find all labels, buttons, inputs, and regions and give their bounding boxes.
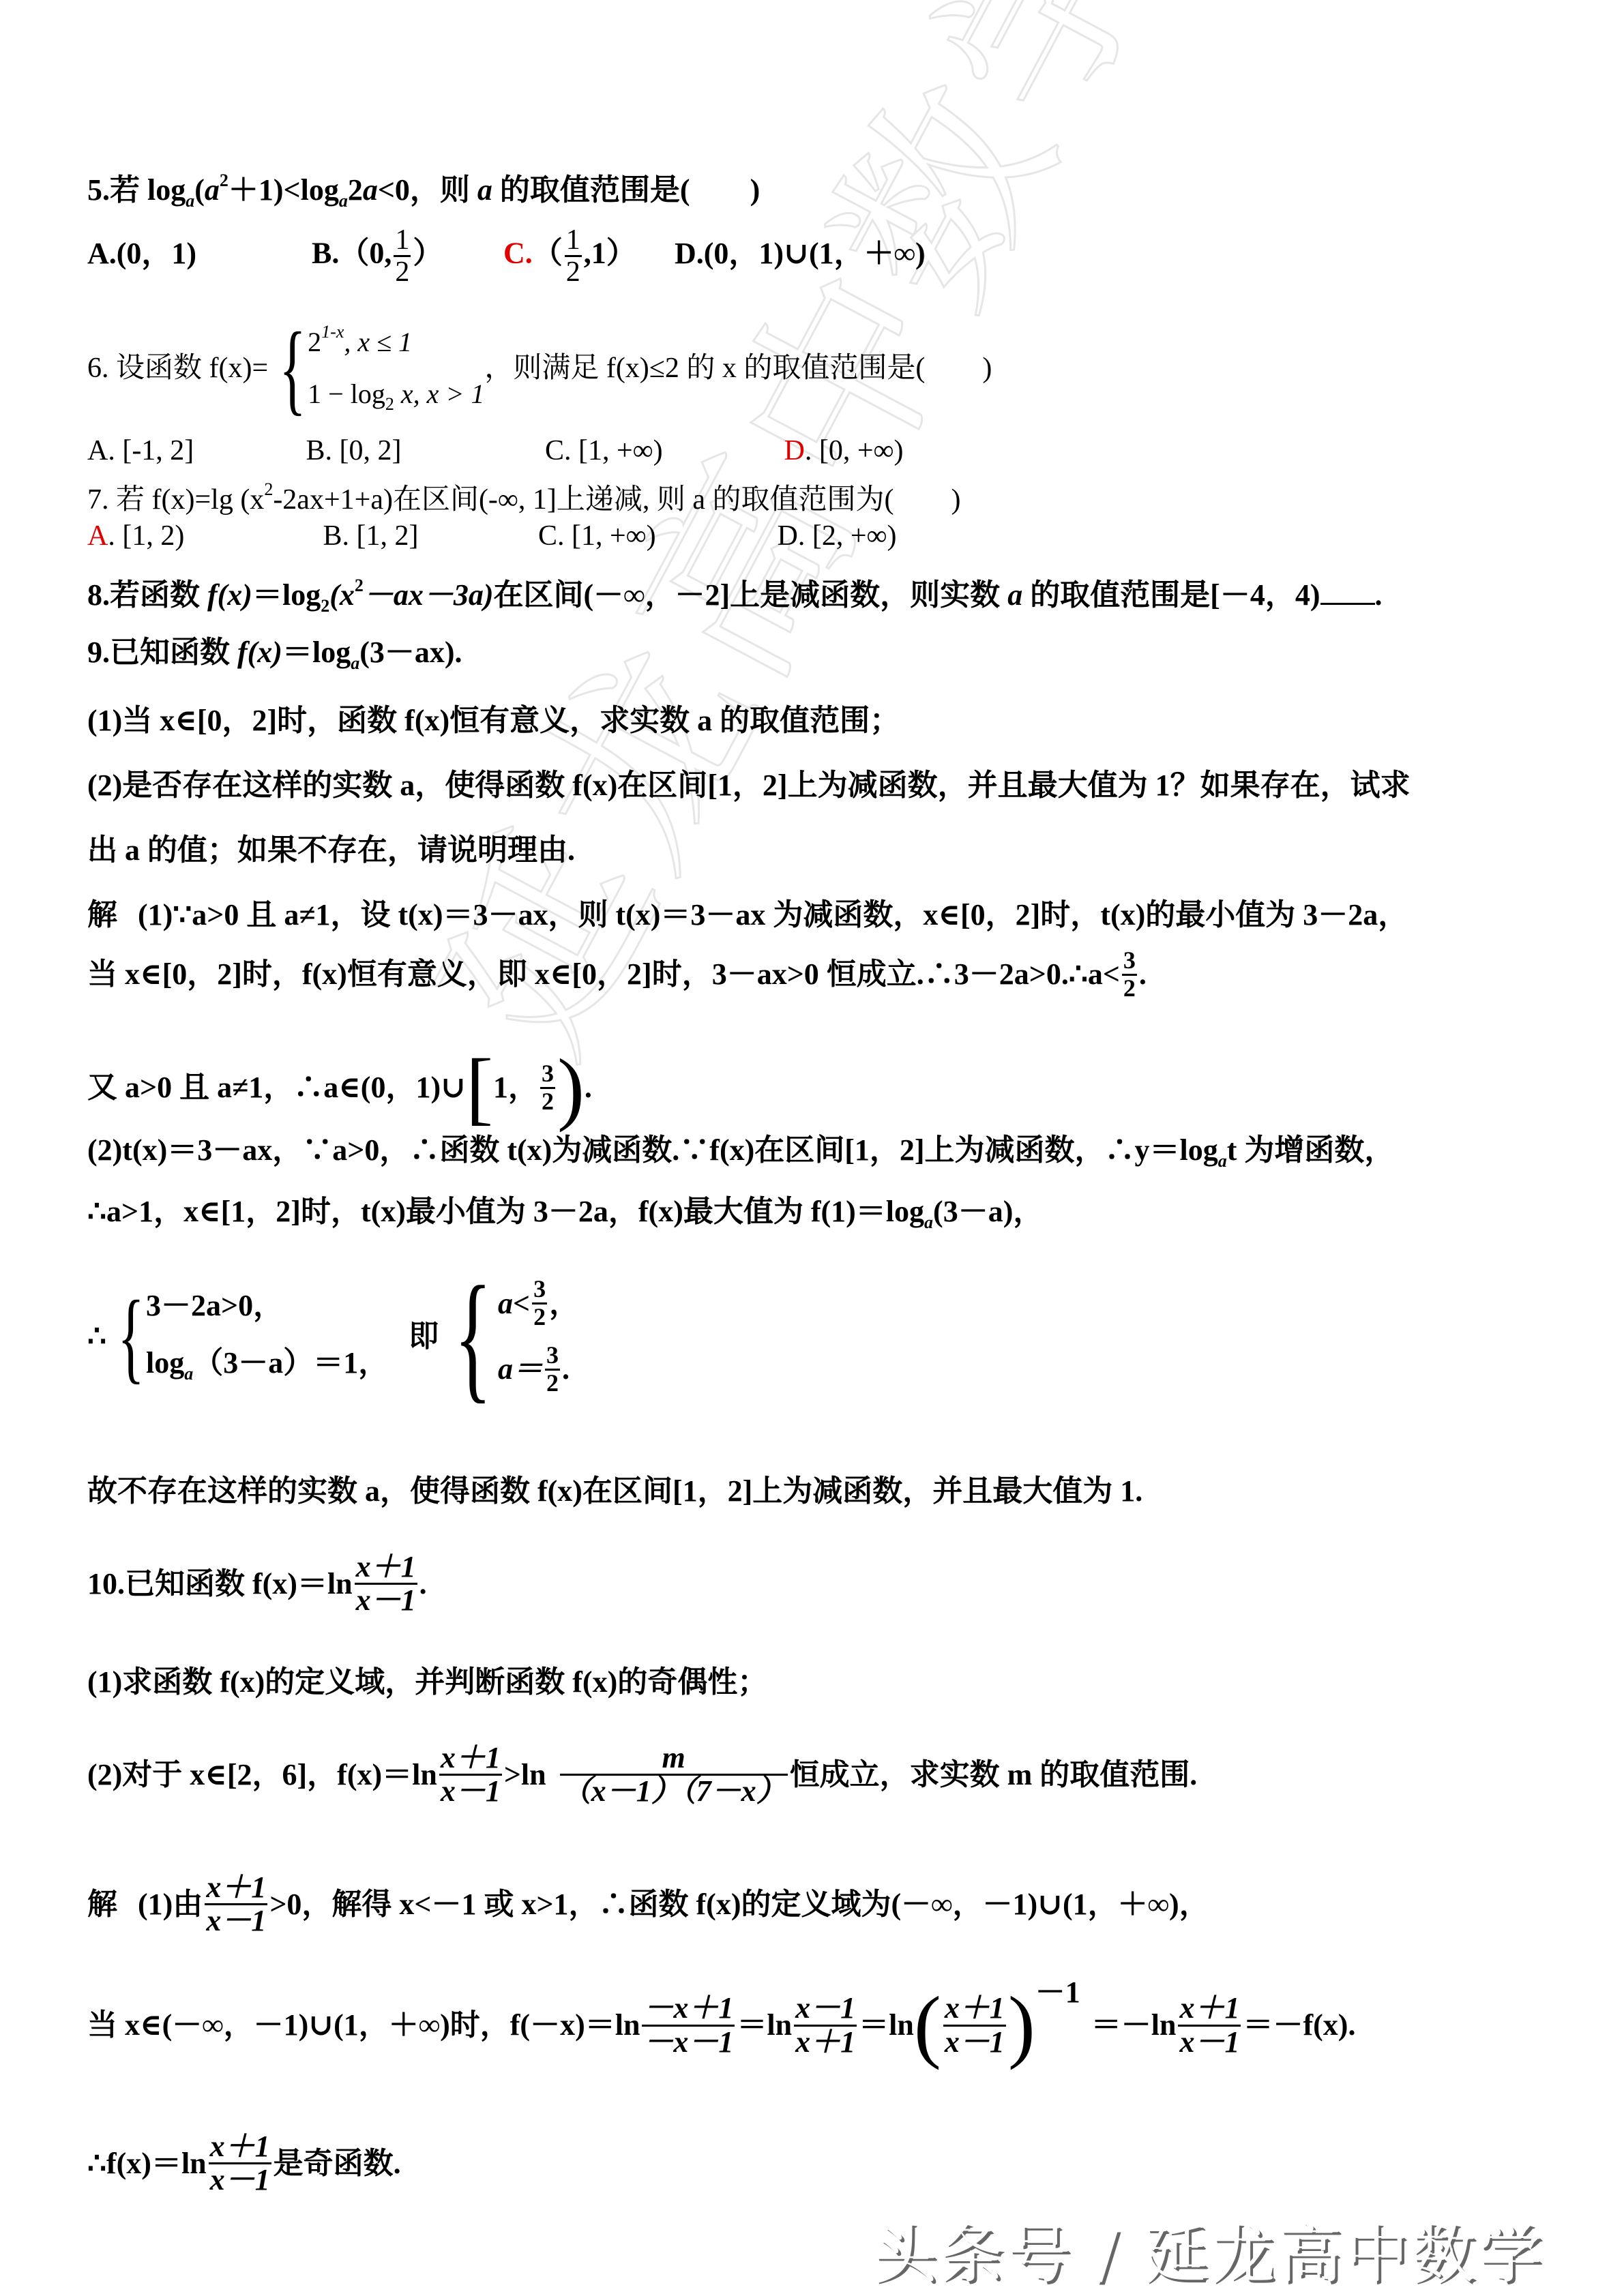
var: a bbox=[1007, 578, 1022, 612]
fx: f(x) bbox=[237, 636, 282, 669]
sup: 2 bbox=[355, 576, 364, 595]
q5-sub: a bbox=[186, 191, 194, 211]
den: x－1 bbox=[205, 1903, 267, 1937]
q6-stem: 6. 设函数 f(x)= { 21-x, x ≤ 1 1 − log2 x, x… bbox=[87, 317, 992, 419]
q6-text: 6. 设函数 f(x)= bbox=[87, 354, 268, 383]
bracket: ) bbox=[557, 1047, 585, 1129]
q8-stem: 8.若函数 f(x)＝log2(x2－ax－3a)在区间(－∞，－2]上是减函数… bbox=[87, 577, 1383, 615]
q5-c-answer-label: C. bbox=[503, 237, 533, 270]
fraction: x＋1x－1 bbox=[943, 1993, 1006, 2057]
t: 1， bbox=[493, 1073, 538, 1103]
q6-cases: 21-x, x ≤ 1 1 − log2 x, x > 1 bbox=[308, 323, 484, 413]
answer-blank bbox=[1320, 603, 1375, 605]
q9-solution-3: 又 a>0 且 a≠1，∴a∈(0，1)∪[1，32). bbox=[87, 1047, 592, 1129]
therefore-symbol: ∴ bbox=[87, 1322, 106, 1352]
q9-solution-2: 当 x∈[0，2]时，f(x)恒有意义，即 x∈[0，2]时，3－ax>0 恒成… bbox=[87, 948, 1147, 1002]
t: 是奇函数. bbox=[274, 2149, 401, 2179]
den: x－1 bbox=[1178, 2025, 1241, 2058]
q10-solution-2: 当 x∈(－∞，－1)∪(1，＋∞)时，f(－x)＝ln －x＋1－x－1 ＝l… bbox=[87, 1984, 1355, 2066]
q5-text: ( bbox=[194, 173, 205, 207]
q5-option-b: B.（0,12） bbox=[312, 225, 496, 287]
den: x＋1 bbox=[794, 2025, 857, 2058]
row: a＝32. bbox=[498, 1343, 579, 1397]
q7-stem: 7. 若 f(x)=lg (x2-2ax+1+a)在区间(-∞, 1]上递减, … bbox=[87, 481, 960, 514]
q5-stem: 5.若 loga(a2＋1)<loga2a<0，则 a 的取值范围是( ) bbox=[87, 172, 760, 210]
fraction: 32 bbox=[1122, 948, 1137, 1002]
sub: 2 bbox=[321, 596, 329, 616]
q9-conclusion: 故不存在这样的实数 a，使得函数 f(x)在区间[1，2]上为减函数，并且最大值… bbox=[87, 1476, 1142, 1506]
den: 2 bbox=[394, 255, 411, 287]
fraction: 32 bbox=[540, 1061, 555, 1115]
num: 1 bbox=[565, 225, 582, 255]
q6-case1: 21-x, x ≤ 1 bbox=[308, 323, 484, 356]
answer-text: 的取值范围是[－4，4) bbox=[1022, 578, 1320, 612]
sub: a bbox=[924, 1212, 933, 1232]
q10-title: 10.已知函数 f(x)＝lnx＋1x－1. bbox=[87, 1551, 427, 1616]
num: x＋1 bbox=[943, 1993, 1006, 2024]
solution-label: 解 bbox=[87, 1890, 117, 1920]
t: (1)由 bbox=[138, 1890, 203, 1920]
rows: 3－2a>0， loga（3－a）＝1， bbox=[146, 1291, 388, 1383]
rows: a<32， a＝32. bbox=[498, 1277, 579, 1396]
t: . bbox=[1375, 578, 1383, 612]
den: 2 bbox=[565, 255, 582, 287]
q5-options: A.(0，1) B.（0,12） C.（12,1） D.(0，1)∪(1，＋∞) bbox=[87, 225, 926, 287]
den: x－1 bbox=[439, 1774, 502, 1807]
t: (3－a)， bbox=[933, 1195, 1043, 1228]
q5-c-post: ,1） bbox=[584, 237, 636, 270]
q6-option-b: B. [0, 2] bbox=[306, 436, 538, 465]
t: a＝ bbox=[498, 1354, 543, 1384]
fraction: x＋1x－1 bbox=[205, 1872, 267, 1937]
den: x－1 bbox=[355, 1583, 417, 1616]
q9-part2b: 出 a 的值；如果不存在，请说明理由. bbox=[87, 835, 575, 865]
fraction: m（x－1）（7－x） bbox=[560, 1742, 788, 1807]
t: . bbox=[419, 1569, 427, 1599]
q5-b-fraction: 12 bbox=[394, 225, 411, 287]
exp: 1-x bbox=[321, 322, 344, 342]
num: m bbox=[661, 1742, 687, 1774]
q5-var: a bbox=[477, 173, 492, 207]
q6-text: ，则满足 f(x)≤2 的 x 的取值范围是( ) bbox=[484, 354, 992, 383]
t: ＝－ln bbox=[1091, 2010, 1177, 2040]
q10-solution-3: ∴f(x)＝ln x＋1x－1是奇函数. bbox=[87, 2131, 401, 2196]
t: 在区间(－∞，－2]上是减函数，则实数 bbox=[494, 578, 1008, 612]
sub: a bbox=[351, 653, 359, 673]
num: 3 bbox=[1122, 948, 1137, 974]
num: x＋1 bbox=[205, 1872, 267, 1903]
q9-part2a: (2)是否存在这样的实数 a，使得函数 f(x)在区间[1，2]上为减函数，并且… bbox=[87, 771, 1411, 801]
q10-solution-1: 解(1)由x＋1x－1>0，解得 x<－1 或 x>1，∴函数 f(x)的定义域… bbox=[87, 1872, 1209, 1937]
t: ＝ln bbox=[859, 2010, 914, 2040]
t: -2ax+1+a)在区间(-∞, 1]上递减, 则 a 的取值范围为( ) bbox=[273, 484, 960, 516]
fraction: 32 bbox=[545, 1343, 560, 1397]
t: ＝log bbox=[282, 636, 351, 669]
q5-sup: 2 bbox=[220, 170, 228, 190]
t: >ln bbox=[504, 1760, 546, 1790]
paren: ) bbox=[1008, 1984, 1035, 2066]
fraction: 32 bbox=[532, 1277, 547, 1330]
t: t 为增函数， bbox=[1227, 1133, 1395, 1167]
cond: , x ≤ 1 bbox=[344, 327, 412, 357]
num: x＋1 bbox=[1178, 1993, 1241, 2024]
q5-c-fraction: 12 bbox=[565, 225, 582, 287]
q5-text: ＋1)<log bbox=[228, 173, 339, 207]
brace-icon: { bbox=[454, 1265, 492, 1408]
brace-icon: { bbox=[279, 317, 306, 419]
t: 9.已知函数 bbox=[87, 636, 237, 669]
sup: 2 bbox=[264, 479, 273, 499]
q7-options: A. [1, 2) B. [1, 2] C. [1, +∞) D. [2, +∞… bbox=[87, 522, 896, 550]
system-2: { a<32， a＝32. bbox=[439, 1265, 579, 1408]
t: a< bbox=[498, 1289, 530, 1319]
den: 2 bbox=[532, 1302, 547, 1330]
q7-option-d: D. [2, +∞) bbox=[778, 522, 897, 550]
sub: a bbox=[1218, 1151, 1227, 1171]
t: 当 x∈[0，2]时，f(x)恒有意义，即 x∈[0，2]时，3－ax>0 恒成… bbox=[87, 959, 1120, 989]
fraction: x＋1x－1 bbox=[1178, 1993, 1241, 2057]
q5-sub: a bbox=[339, 191, 348, 211]
t: . bbox=[562, 1354, 570, 1384]
t: (2)对于 x∈[2，6]，f(x)＝ln bbox=[87, 1760, 437, 1790]
den: 2 bbox=[540, 1087, 555, 1115]
t: ∴a>1，x∈[1，2]时，t(x)最小值为 3－2a，f(x)最大值为 f(1… bbox=[87, 1195, 924, 1228]
t: . [0, +∞) bbox=[805, 435, 904, 466]
t: . [1, 2) bbox=[108, 520, 184, 552]
q7-option-b: B. [1, 2] bbox=[323, 522, 531, 550]
solution-label: 解 bbox=[87, 898, 117, 931]
num: 3 bbox=[545, 1343, 560, 1369]
q6-piecewise: { 21-x, x ≤ 1 1 − log2 x, x > 1 bbox=[268, 317, 484, 419]
fraction: x－1x＋1 bbox=[794, 1993, 857, 2057]
q5-var: a bbox=[363, 173, 378, 207]
num: x＋1 bbox=[209, 2131, 271, 2162]
t: ＝－f(x). bbox=[1243, 2010, 1355, 2040]
t: (3－ax). bbox=[359, 636, 462, 669]
q10-part1: (1)求函数 f(x)的定义域，并判断函数 f(x)的奇偶性； bbox=[87, 1667, 767, 1697]
t: (2)t(x)＝3－ax，∵a>0，∴函数 t(x)为减函数.∵f(x)在区间[… bbox=[87, 1133, 1218, 1167]
fx: f(x) bbox=[207, 578, 252, 612]
row: loga（3－a）＝1， bbox=[146, 1348, 388, 1383]
t: ＝log bbox=[252, 578, 321, 612]
bracket: [ bbox=[466, 1047, 493, 1129]
num: x＋1 bbox=[355, 1551, 417, 1583]
fraction: x＋1x－1 bbox=[439, 1742, 502, 1807]
row: a<32， bbox=[498, 1277, 579, 1330]
expr: －ax－3a) bbox=[364, 578, 494, 612]
q9-solution-5: ∴a>1，x∈[1，2]时，t(x)最小值为 3－2a，f(x)最大值为 f(1… bbox=[87, 1197, 1043, 1232]
num: x－1 bbox=[794, 1993, 857, 2024]
den: 2 bbox=[545, 1369, 560, 1397]
den: －x－1 bbox=[642, 2025, 735, 2058]
t: (1)∵a>0 且 a≠1，设 t(x)＝3－ax，则 t(x)＝3－ax 为减… bbox=[138, 898, 1408, 931]
q6-option-d: D. [0, +∞) bbox=[784, 436, 904, 465]
q5-text: 的取值范围是( ) bbox=[492, 173, 760, 207]
sub: a bbox=[184, 1364, 193, 1384]
base: 2 bbox=[308, 327, 321, 357]
t: ∴f(x)＝ln bbox=[87, 2149, 207, 2179]
q5-option-d: D.(0，1)∪(1，＋∞) bbox=[675, 239, 926, 269]
t: 7. 若 f(x)=lg (x bbox=[87, 484, 264, 516]
row: 3－2a>0， bbox=[146, 1291, 388, 1321]
q10-part2: (2)对于 x∈[2，6]，f(x)＝lnx＋1x－1>lnm（x－1）（7－x… bbox=[87, 1742, 1197, 1807]
t: 8.若函数 bbox=[87, 578, 207, 612]
q5-text: 5.若 log bbox=[87, 173, 186, 207]
sub: 2 bbox=[385, 394, 394, 414]
t: . bbox=[585, 1073, 592, 1103]
exponent: －1 bbox=[1035, 1978, 1080, 2008]
q5-option-c: C.（12,1） bbox=[503, 225, 667, 287]
footer-watermark: 头条号 / 延龙高中数学 bbox=[873, 2203, 1545, 2295]
q7-option-a: A. [1, 2) bbox=[87, 522, 316, 550]
q5-c-pre: （ bbox=[533, 237, 563, 270]
fraction: －x＋1－x－1 bbox=[642, 1993, 735, 2057]
t: 1 − log bbox=[308, 378, 385, 409]
t: 又 a>0 且 a≠1，∴a∈(0，1)∪ bbox=[87, 1073, 466, 1103]
q5-b-post: ） bbox=[413, 237, 443, 270]
num: 3 bbox=[540, 1061, 555, 1087]
t: 10.已知函数 f(x)＝ln bbox=[87, 1569, 353, 1599]
num: x＋1 bbox=[439, 1742, 502, 1774]
q9-part1: (1)当 x∈[0，2]时，函数 f(x)恒有意义，求实数 a 的取值范围； bbox=[87, 706, 900, 736]
q5-var: a bbox=[205, 173, 220, 207]
t: . bbox=[1139, 959, 1147, 989]
q9-solution-4: (2)t(x)＝3－ax，∵a>0，∴函数 t(x)为减函数.∵f(x)在区间[… bbox=[87, 1135, 1394, 1170]
t: log bbox=[146, 1346, 184, 1380]
expr: (x bbox=[329, 578, 355, 612]
t: 恒成立，求实数 m 的取值范围. bbox=[790, 1760, 1198, 1790]
t: >0，解得 x<－1 或 x>1，∴函数 f(x)的定义域为(－∞，－1)∪(1… bbox=[269, 1890, 1209, 1920]
fraction: x＋1x－1 bbox=[355, 1551, 417, 1616]
den: 2 bbox=[1122, 974, 1137, 1002]
t: ， bbox=[549, 1289, 579, 1319]
q7-option-c: C. [1, +∞) bbox=[538, 522, 770, 550]
q9-system: ∴ { 3－2a>0， loga（3－a）＝1， 即 { a<32， a＝32. bbox=[87, 1265, 579, 1408]
q6-answer-label: D bbox=[784, 435, 805, 466]
q9-solution-1: 解(1)∵a>0 且 a≠1，设 t(x)＝3－ax，则 t(x)＝3－ax 为… bbox=[87, 900, 1408, 930]
t: （3－a）＝1， bbox=[193, 1346, 388, 1380]
cond: x, x > 1 bbox=[394, 378, 485, 409]
q6-options: A. [-1, 2] B. [0, 2] C. [1, +∞) D. [0, +… bbox=[87, 436, 903, 465]
system-1: { 3－2a>0， loga（3－a）＝1， bbox=[106, 1285, 388, 1388]
fraction: x＋1x－1 bbox=[209, 2131, 271, 2196]
q9-title: 9.已知函数 f(x)＝loga(3－ax). bbox=[87, 638, 462, 672]
num: 1 bbox=[394, 225, 411, 255]
q5-option-a: A.(0，1) bbox=[87, 239, 304, 269]
den: （x－1）（7－x） bbox=[560, 1774, 788, 1807]
den: x－1 bbox=[209, 2162, 271, 2196]
q5-text: <0，则 bbox=[378, 173, 477, 207]
q7-answer-label: A bbox=[87, 520, 108, 552]
q6-option-c: C. [1, +∞) bbox=[545, 436, 777, 465]
q6-option-a: A. [-1, 2] bbox=[87, 436, 299, 465]
num: －x＋1 bbox=[642, 1993, 735, 2024]
num: 3 bbox=[532, 1277, 547, 1302]
q5-b-pre: B.（0, bbox=[312, 237, 392, 270]
ji-text: 即 bbox=[409, 1322, 439, 1352]
q5-text: 2 bbox=[348, 173, 363, 207]
q6-case2: 1 − log2 x, x > 1 bbox=[308, 381, 484, 413]
brace-icon: { bbox=[117, 1285, 145, 1388]
paren: ( bbox=[914, 1984, 941, 2066]
den: x－1 bbox=[943, 2025, 1006, 2058]
t: 当 x∈(－∞，－1)∪(1，＋∞)时，f(－x)＝ln bbox=[87, 2010, 640, 2040]
t: ＝ln bbox=[737, 2010, 792, 2040]
